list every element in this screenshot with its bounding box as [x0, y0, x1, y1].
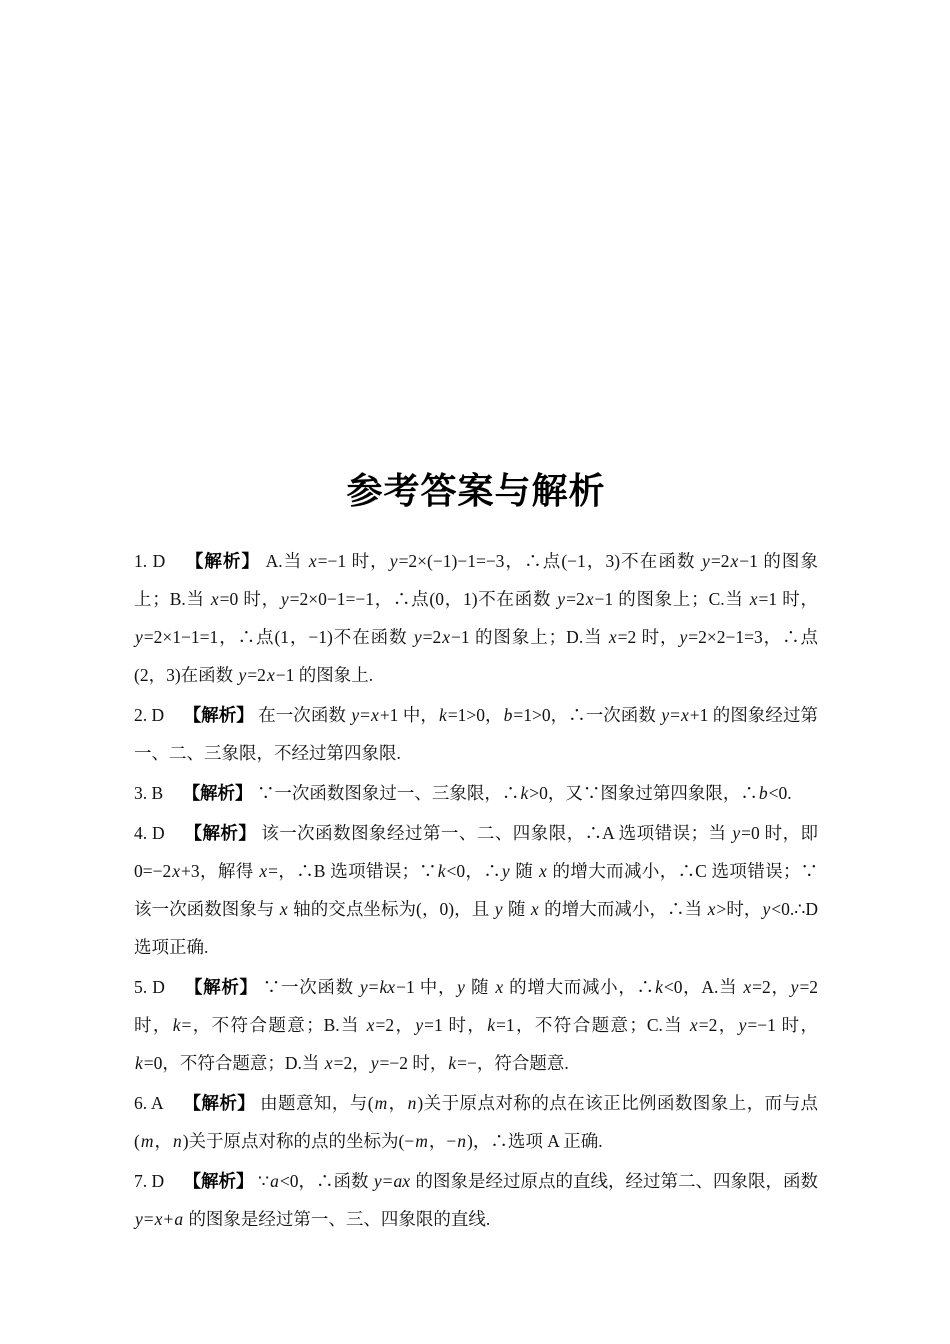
analysis-label: 【解析】	[184, 705, 254, 725]
analysis-text: A.当 x=−1 时，y=2×(−1)−1=−3，∴点(−1，3)不在函数 y=…	[134, 551, 818, 685]
analysis-label: 【解析】	[184, 823, 256, 843]
analysis-label: 【解析】	[183, 1093, 255, 1113]
answer-number-choice: 6. A	[134, 1093, 164, 1113]
answer-item-4: 4. D 【解析】 该一次函数图象经过第一、二、四象限，∴A 选项错误；当 y=…	[134, 814, 818, 966]
answer-number-choice: 7. D	[134, 1171, 164, 1191]
answer-item-6: 6. A 【解析】 由题意知，与(m，n)关于原点对称的点在该正比例函数图象上，…	[134, 1084, 818, 1160]
page-title: 参考答案与解析	[134, 468, 818, 514]
answer-number-choice: 1. D	[134, 551, 165, 571]
answer-item-1: 1. D 【解析】 A.当 x=−1 时，y=2×(−1)−1=−3，∴点(−1…	[134, 542, 818, 694]
answer-number-choice: 5. D	[134, 977, 165, 997]
analysis-label: 【解析】	[183, 783, 253, 803]
answers-section: 1. D 【解析】 A.当 x=−1 时，y=2×(−1)−1=−3，∴点(−1…	[134, 542, 818, 1238]
answer-number-choice: 3. B	[134, 783, 163, 803]
answer-item-3: 3. B 【解析】 ∵一次函数图象过一、三象限，∴k>0，又∵图象过第四象限，∴…	[134, 774, 818, 812]
analysis-label: 【解析】	[186, 551, 260, 571]
answer-item-7: 7. D 【解析】 ∵a<0，∴函数 y=ax 的图象是经过原点的直线，经过第二…	[134, 1162, 818, 1238]
analysis-text: 该一次函数图象经过第一、二、四象限，∴A 选项错误；当 y=0 时，即 0=−2…	[134, 823, 818, 957]
analysis-label: 【解析】	[185, 977, 258, 997]
answer-item-2: 2. D 【解析】 在一次函数 y=x+1 中，k=1>0，b=1>0，∴一次函…	[134, 696, 818, 772]
answer-item-5: 5. D 【解析】 ∵一次函数 y=kx−1 中，y 随 x 的增大而减小，∴k…	[134, 968, 818, 1082]
answer-sheet-page: 参考答案与解析 1. D 【解析】 A.当 x=−1 时，y=2×(−1)−1=…	[0, 0, 950, 1344]
answer-number-choice: 2. D	[134, 705, 164, 725]
analysis-text: ∵一次函数图象过一、三象限，∴k>0，又∵图象过第四象限，∴b<0.	[257, 783, 792, 803]
answer-number-choice: 4. D	[134, 823, 165, 843]
analysis-label: 【解析】	[184, 1171, 254, 1191]
